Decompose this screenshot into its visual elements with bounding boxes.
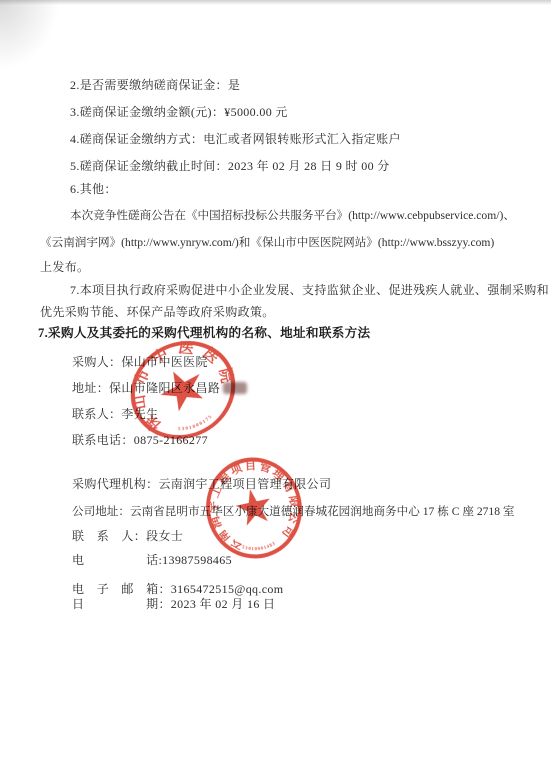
- scan-artifact-top: [0, 0, 551, 5]
- purchaser-address-text: 地址：保山市隆阳区永昌路: [72, 381, 220, 395]
- purchaser-contact: 联系人：李先生: [72, 407, 158, 422]
- agency-phone: 电 话:13987598465: [72, 553, 232, 568]
- section-heading: 7.采购人及其委托的采购代理机构的名称、地址和联系方法: [38, 326, 370, 341]
- item-deposit-method: 4.磋商保证金缴纳方式：电汇或者网银转账形式汇入指定账户: [70, 132, 401, 147]
- seal-serial-text: 53010001483: [240, 538, 277, 556]
- agency-contact: 联 系 人：段女士: [72, 529, 183, 544]
- announcement-line-2: 《云南润宇网》(http://www.ynryw.com/)和《保山市中医医院网…: [40, 235, 494, 250]
- agency-org: 采购代理机构：云南润宇工程项目管理有限公司: [72, 477, 331, 492]
- document-page: 2.是否需要缴纳磋商保证金：是 3.磋商保证金缴纳金额(元)：¥5000.00 …: [0, 0, 551, 780]
- scan-artifact-corner: [0, 0, 60, 70]
- policy-line-1: 7.本项目执行政府采购促进中小企业发展、支持监狱企业、促进残疾人就业、强制采购和: [70, 283, 549, 298]
- item-other: 6.其他：: [70, 182, 117, 197]
- svg-text:53010001483: 53010001483: [240, 538, 277, 556]
- purchaser-address: 地址：保山市隆阳区永昌路: [72, 381, 247, 396]
- item-deposit-amount: 3.磋商保证金缴纳金额(元)：¥5000.00 元: [70, 105, 288, 120]
- announcement-line-3: 上发布。: [40, 260, 89, 275]
- seal-obscured-text: [223, 382, 247, 394]
- item-deposit-deadline: 5.磋商保证金缴纳截止时间：2023 年 02 月 28 日 9 时 00 分: [70, 159, 390, 174]
- agency-address: 公司地址：云南省昆明市五华区小康大道德润春城花园润地商务中心 17 栋 C 座 …: [72, 504, 515, 519]
- purchaser-phone: 联系电话：0875-2166277: [72, 433, 208, 448]
- item-deposit-required: 2.是否需要缴纳磋商保证金：是: [70, 78, 240, 93]
- announcement-line-1: 本次竞争性磋商公告在《中国招标投标公共服务平台》(http://www.cebp…: [70, 208, 515, 223]
- purchaser-name: 采购人：保山市中医医院: [72, 355, 208, 370]
- agency-date: 日 期：2023 年 02 月 16 日: [72, 597, 275, 612]
- agency-email: 电 子 邮 箱：3165472515@qq.com: [72, 582, 283, 597]
- policy-line-2: 优先采购节能、环保产品等政府采购政策。: [40, 305, 275, 320]
